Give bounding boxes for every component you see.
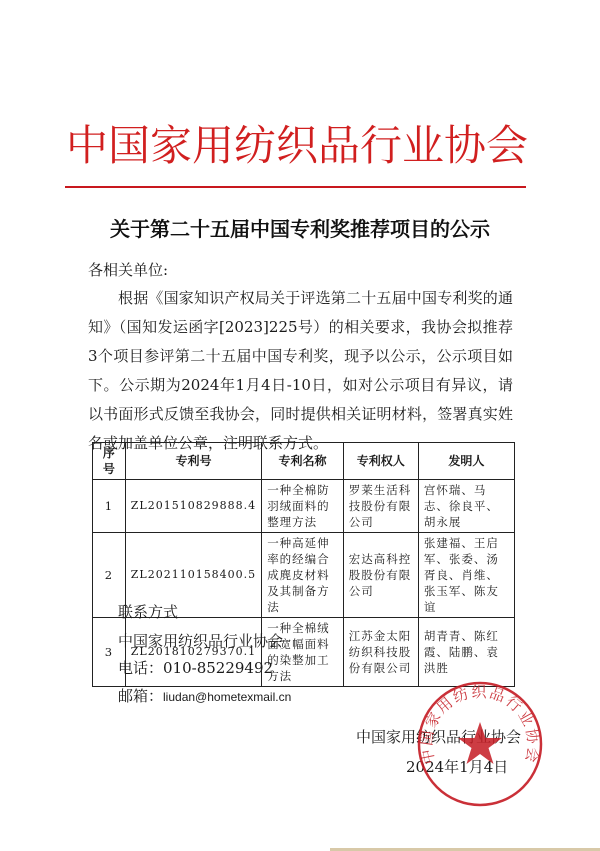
cell-patent-name: 一种高延伸率的经编合成麂皮材料及其制备方法 [262,533,344,618]
table-header-row: 序号 专利号 专利名称 专利权人 发明人 [93,443,515,480]
cell-inventors: 张建福、王启军、张委、汤胥良、肖维、张玉军、陈友谊 [418,533,514,618]
contact-phone-line: 电话：010-85229492 [118,657,273,679]
signature-date: 2024年1月4日 [406,756,508,778]
notice-body: 根据《国家知识产权局关于评选第二十五届中国专利奖的通知》（国知发运函字[2023… [88,284,513,458]
header-no: 序号 [93,443,126,480]
email-address[interactable]: liudan@hometexmail.cn [163,690,291,704]
contact-heading: 联系方式 [118,601,178,623]
cell-patentee: 罗莱生活科技股份有限公司 [343,480,418,533]
contact-email-line: 邮箱：liudan@hometexmail.cn [118,685,291,708]
table-row: 1 ZL201510829888.4 一种全棉防羽绒面料的整理方法 罗莱生活科技… [93,480,515,533]
cell-patentee: 江苏金太阳纺织科技股份有限公司 [343,618,418,687]
letterhead-divider [65,186,526,188]
cell-patent-number: ZL201510829888.4 [125,480,261,533]
notice-body-paragraph: 根据《国家知识产权局关于评选第二十五届中国专利奖的通知》（国知发运函字[2023… [88,284,513,458]
phone-number: 010-85229492 [163,659,273,677]
header-patent-number: 专利号 [125,443,261,480]
email-label: 邮箱： [118,687,163,705]
cell-inventors: 宫怀瑞、马志、徐良平、胡永展 [418,480,514,533]
cell-inventors: 胡青青、陈红霞、陆鹏、袁洪胜 [418,618,514,687]
notice-title: 关于第二十五届中国专利奖推荐项目的公示 [0,215,600,243]
salutation: 各相关单位: [88,259,168,281]
cell-patent-name: 一种全棉防羽绒面料的整理方法 [262,480,344,533]
contact-organization: 中国家用纺织品行业协会 [118,630,283,652]
phone-label: 电话： [118,659,163,677]
seal-text: 中国家用纺织品行业协会 [417,683,542,766]
header-patent-name: 专利名称 [262,443,344,480]
letterhead-organization: 中国家用纺织品行业协会 [66,118,526,174]
header-patentee: 专利权人 [343,443,418,480]
header-inventors: 发明人 [418,443,514,480]
signature-organization: 中国家用纺织品行业协会 [356,726,521,748]
svg-text:中国家用纺织品行业协会: 中国家用纺织品行业协会 [417,683,542,766]
cell-no: 1 [93,480,126,533]
cell-patent-name: 一种全棉绒面宽幅面料的染整加工方法 [262,618,344,687]
cell-patentee: 宏达高科控股股份有限公司 [343,533,418,618]
